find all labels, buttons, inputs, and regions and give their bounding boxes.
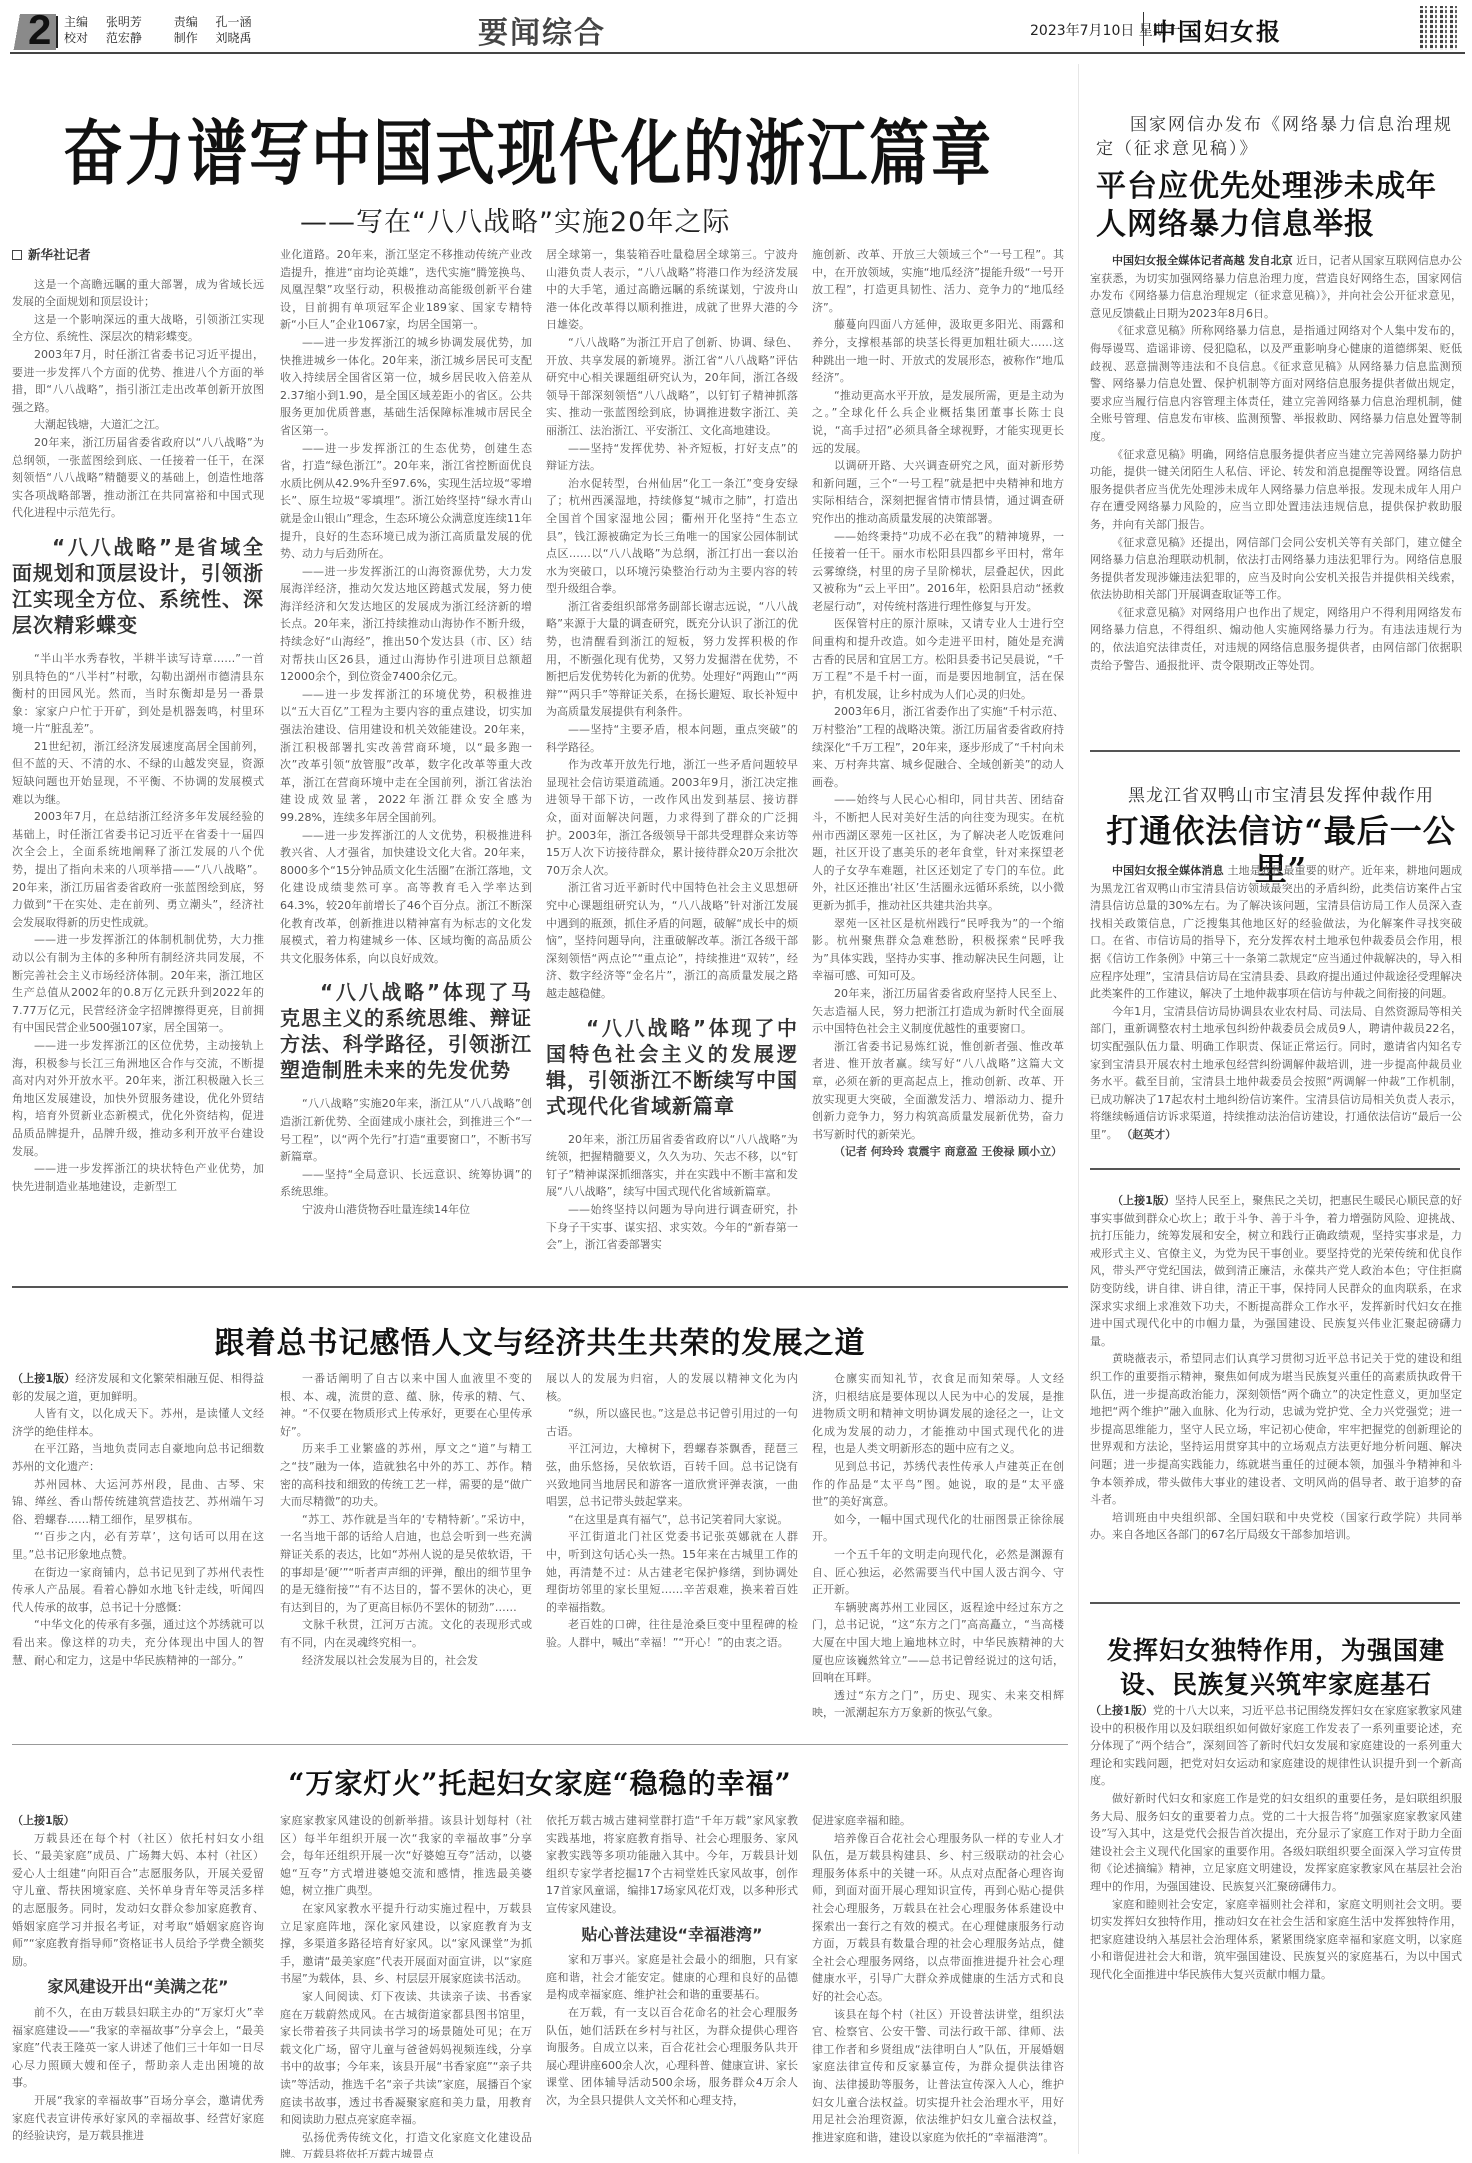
paragraph: 在万载，有一支以百合花命名的社会心理服务队伍，她们活跃在乡村与社区，为群众提供心… — [546, 2004, 798, 2110]
section-subhead: “八八战略”体现了马克思主义的系统思维、辩证方法、科学路径，引领浙江塑造制胜未来… — [280, 979, 532, 1083]
section-title: 要闻综合 — [478, 8, 606, 52]
editor-name: 刘晓禹 — [216, 31, 252, 45]
paragraph: 20年来，浙江历届省委省政府坚持人民至上、矢志造福人民，努力把浙江打造成为新时代… — [812, 985, 1064, 1038]
paragraph: 以调研开路、大兴调查研究之风，面对新形势和新问题，三个“一号工程”就是把中央精神… — [812, 457, 1064, 527]
column-divider — [1078, 64, 1079, 2154]
paragraph: 《征求意见稿》对网络用户也作出了规定，网络用户不得利用网络发布网络暴力信息，不得… — [1090, 604, 1462, 674]
paragraph: “推动更高水平开放，是发展所需，更是主动为之。”全球化仟么兵企业概括集团董事长陈… — [812, 387, 1064, 457]
masthead-rule — [10, 52, 1465, 54]
culture-column-1: （上接1版）经济发展和文化繁荣相融互促、相得益彰的发展之道，更加鲜明。 人皆有文… — [12, 1370, 264, 1740]
family-column-3: 依托万载古城古建祠堂群打造“千年万载”家风家教实践基地，将家庭教育指导、社会心理… — [546, 1812, 798, 2158]
lead-column-3: 居全球第一，集装箱吞吐量稳居全球第三。宁波舟山港负责人表示，“八八战略”将港口作… — [546, 246, 798, 1262]
lead-column-4: 施创新、改革、开放三大领域三个“一号工程”。其中，在开放领域，实施“地瓜经济”提… — [812, 246, 1064, 1262]
paragraph: 在街边一家商铺内，总书记见到了苏州代表性传承人产品展。看着心静如水地飞针走线，听… — [12, 1564, 264, 1617]
lead-column-2: 业化道路。20年来，浙江坚定不移推动传统产业改造提升，推进“亩均论英雄”，迭代实… — [280, 246, 532, 1262]
paragraph: “‘百步之内，必有芳草’，这句话可以用在这里。”总书记形象地点赞。 — [12, 1528, 264, 1563]
culture-column-2: 一番话阐明了自古以来中国人血液里不变的根、本、魂，流贯的意、蕴、脉，传承的精、气… — [280, 1370, 532, 1740]
section-divider — [1090, 1168, 1460, 1170]
editor-name: 张明芳 — [106, 15, 142, 29]
paragraph: 黄晓薇表示，希望同志们认真学习贯彻习近平总书记关于党的建设和组织工作的重要指示精… — [1090, 1350, 1462, 1508]
paragraph: ——始终坚持以问题为导向进行调查研究，扑下身子干实事、谋实招、求实效。今年的“新… — [546, 1201, 798, 1254]
paragraph: “纵，所以盛民也。”这是总书记曾引用过的一句古语。 — [546, 1405, 798, 1440]
editor-name: 孔一涵 — [216, 15, 252, 29]
paragraph: 老百姓的口碑，往往是沧桑巨变中里程碑的检验。人群中，喊出“幸福！”“开心！”的由… — [546, 1616, 798, 1651]
paragraph: “八八战略”为浙江开启了创新、协调、绿色、开放、共享发展的新境界。浙江省“八八战… — [546, 334, 798, 440]
paragraph: 浙江省习近平新时代中国特色社会主义思想研究中心课题组研究认为，“八八战略”针对浙… — [546, 879, 798, 1002]
dateline: 中国妇女报全媒体消息 — [1112, 864, 1224, 877]
paragraph: 展以人的发展为归宿，人的发展以精神文化为内核。 — [546, 1370, 798, 1405]
paragraph: 在平江路，当地负责同志自豪地向总书记细数苏州的文化遗产： — [12, 1440, 264, 1475]
paragraph: 家和万事兴。家庭是社会最小的细胞，只有家庭和谐，社会才能安定。健康的心理和良好的… — [546, 1951, 798, 2004]
paragraph: 万载县还在每个村（社区）依托村妇女小组长、“最美家庭”成员、广场舞大妈、本村（社… — [12, 1830, 264, 1971]
paragraph: 促进家庭幸福和睦。 — [812, 1812, 1064, 1830]
family-column-4: 促进家庭幸福和睦。 培养像百合花社会心理服务队一样的专业人才队伍，是万载县构建县… — [812, 1812, 1064, 2158]
paragraph: “中华文化的传承有多强，通过这个苏绣就可以看出来。像这样的功夫，充分体现出中国人… — [12, 1616, 264, 1669]
lead-column-1: 新华社记者 这是一个高瞻远瞩的重大部署，成为省域长远发展的全面规划和顶层设计； … — [12, 246, 264, 1262]
paragraph: 《征求意见稿》所称网络暴力信息，是指通过网络对个人集中发布的，侮辱谩骂、造谣诽谤… — [1090, 322, 1462, 445]
paragraph: ——进一步发挥浙江的城乡协调发展优势，加快推进城乡一体化。20年来，浙江城乡居民… — [280, 334, 532, 440]
paragraph: ——进一步发挥浙江的环境优势，积极推进以“五大百亿”工程为主要内容的重点建设，切… — [280, 686, 532, 827]
paragraph: 培训班由中央组织部、全国妇联和中央党校（国家行政学院）共同举办。来自各地区各部门… — [1090, 1509, 1462, 1544]
lead-subtitle: ——写在“八八战略”实施20年之际 — [300, 200, 730, 239]
paragraph: 作为改革开放先行地，浙江一些矛盾问题较早显现社会信访渠道疏通。2003年9月，浙… — [546, 756, 798, 879]
paragraph: 《征求意见稿》明确，网络信息服务提供者应当建立完善网络暴力防护功能，提供一键关闭… — [1090, 446, 1462, 534]
section-divider — [1090, 750, 1460, 752]
right-mid-body: 中国妇女报全媒体消息 土地是农民最重要的财产。近年来，耕地问题成为黑龙江省双鸭山… — [1090, 862, 1462, 1152]
editor-name: 范宏静 — [106, 31, 142, 45]
paragraph: ——始终秉持“功成不必在我”的精神境界，一任接着一任干。丽水市松阳县四都乡平田村… — [812, 528, 1064, 616]
paragraph: 苏州园林、大运河苏州段，昆曲、古琴、宋锦、缂丝、香山帮传统建筑营造技艺、苏州端午… — [12, 1476, 264, 1529]
paragraph: 平江河边，大樟树下，碧螺春茶飘香，琵琶三弦，曲乐悠扬，吴依软语，百转千回。总书记… — [546, 1440, 798, 1510]
paragraph: 藤蔓向四面八方延伸，汲取更多阳光、雨露和养分，支撑根基部的块茎长得更加粗壮硕大…… — [812, 316, 1064, 386]
paragraph: 弘扬优秀传统文化，打造文化家庭文化建设品牌。万载县将依托万载古城景点 — [280, 2129, 532, 2158]
paragraph: 《征求意见稿》还提出，网信部门会同公安机关等有关部门，建立健全网络暴力信息治理联… — [1090, 534, 1462, 604]
paragraph: ——坚持“主要矛盾，根本问题，重点突破”的科学路径。 — [546, 721, 798, 756]
editor-role: 责编 — [174, 15, 198, 29]
paragraph: 车辆驶离苏州工业园区，返程途中经过东方之门，总书记说，“这“东方之门”高高矗立，… — [812, 1599, 1064, 1687]
paragraph: 依托万载古城古建祠堂群打造“千年万载”家风家教实践基地，将家庭教育指导、社会心理… — [546, 1812, 798, 1918]
section-subhead: “八八战略”体现了中国特色社会主义的发展逻辑，引领浙江不断续写中国式现代化省域新… — [546, 1015, 798, 1119]
paragraph: “半山半水秀春牧，半耕半读写诗章……”一首别具特色的“八半村”村歌，勾勒出湖州市… — [12, 650, 264, 738]
family-column-2: 家庭家教家风建设的创新举措。该县计划每村（社区）每半年组织开展一次“我家的幸福故… — [280, 1812, 532, 2158]
right-top-headline: 平台应优先处理涉未成年人网络暴力信息举报 — [1096, 168, 1466, 244]
paragraph: 家人间阅读、灯下夜读、共读亲子读、书香家庭在万载蔚然成风。在古城街道家都县图书馆… — [280, 1988, 532, 2129]
paragraph: 翠苑一区社区是杭州践行“民呼我为”的一个缩影。杭州聚焦群众急难愁盼，积极探索“民… — [812, 915, 1064, 985]
paragraph: ——进一步发挥浙江的体制机制优势，大力推动以公有制为主体的多种所有制经济共同发展… — [12, 931, 264, 1037]
dateline: 中国妇女报全媒体记者高越 发自北京 — [1112, 254, 1293, 267]
right-mid-kicker: 黑龙江省双鸭山市宝清县发挥仲裁作用 — [1096, 784, 1466, 808]
paragraph: “八八战略”实施20年来，浙江从“八八战略”创造浙江新优势、全面建成小康社会，到… — [280, 1095, 532, 1165]
paragraph: “苏工、苏作就是当年的‘专精特新’。”采访中，一名当地干部的话给人启迪，也总会听… — [280, 1511, 532, 1617]
paragraph: 前不久，在由万载县妇联主办的“万家灯火”幸福家庭建设——“我家的幸福故事”分享会… — [12, 2004, 264, 2092]
paragraph: 仓廪实而知礼节，衣食足而知荣辱。人文经济，归根结底是要体现以人民为中心的发展，是… — [812, 1370, 1064, 1458]
continued-from-label: （上接1版） — [1112, 1194, 1175, 1207]
section-subhead: 家风建设开出“美满之花” — [12, 1978, 264, 1996]
paragraph: 治水促转型，台州仙居“化工一条江”变身安绿了；杭州西溪湿地，持续修复“城市之肺”… — [546, 475, 798, 598]
paragraph: 在家风家教水平提升行动实施过程中，万载县立足家庭阵地，深化家风建设，以家庭教育为… — [280, 1900, 532, 1988]
editor-credits: 主编 张明芳 责编 孔一涵 校对 范宏静 制作 刘晓禹 — [64, 14, 280, 46]
paragraph: “在这里是真有福气”，总书记笑着同大家说。 — [546, 1511, 798, 1529]
qr-code-icon — [1420, 6, 1460, 50]
paragraph: 平江街道北门社区党委书记张英娜就在人群中，听到这句话心头一热。15年来在古城里工… — [546, 1528, 798, 1616]
paragraph: 医保管村庄的原汁原味，又请专业人士进行空间重构和提升改造。如今走进平田村，随处是… — [812, 615, 1064, 703]
paragraph: 21世纪初，浙江经济发展速度高居全国前列，但不蓝的天、不清的水、不绿的山越发突显… — [12, 738, 264, 808]
continued-from-label: （上接1版） — [12, 1812, 264, 1830]
paragraph: 浙江省委组织部常务副部长谢志远说，“八八战略”来源于大量的调查研究，既充分认识了… — [546, 598, 798, 721]
paragraph: ——进一步发挥浙江的生态优势，创建生态省，打造“绿色浙江”。20年来，浙江省控断… — [280, 440, 532, 563]
paragraph: 施创新、改革、开放三大领域三个“一号工程”。其中，在开放领域，实施“地瓜经济”提… — [812, 246, 1064, 316]
lead-headline: 奋力谱写中国式现代化的浙江篇章 — [18, 98, 1038, 199]
section-subhead: 贴心普法建设“幸福港湾” — [546, 1926, 798, 1944]
paragraph: ——坚持“全局意识、长远意识、统筹协调”的系统思维。 — [280, 1166, 532, 1201]
reporter-credit: （记者 何玲玲 袁震宇 商意盈 王俊禄 顾小立） — [812, 1143, 1064, 1161]
paragraph: 培养像百合花社会心理服务队一样的专业人才队伍，是万载县构建县、乡、村三级联动的社… — [812, 1830, 1064, 2006]
paragraph-text: 今年1月，宝清县信访局协调县农业农村局、司法局、自然资源局等相关部门，重新调整农… — [1090, 1005, 1462, 1141]
byline-text: 新华社记者 — [28, 247, 91, 262]
paragraph: 2003年7月，时任浙江省委书记习近平提出，要进一步发挥八个方面的优势、推进八个… — [12, 346, 264, 416]
reporter-credit: （赵英才） — [1121, 1128, 1176, 1141]
paragraph: 如今，一幅中国式现代化的壮丽图景正徐徐展开。 — [812, 1511, 1064, 1546]
right-top-body: 中国妇女报全媒体记者高越 发自北京 近日，记者从国家互联网信息办公室获悉，为切实… — [1090, 252, 1462, 742]
newspaper-logo: 中国妇女报 — [1152, 12, 1282, 47]
editor-role: 校对 — [64, 31, 88, 45]
paragraph: 该县在每个村（社区）开设普法讲堂，组织法官、检察官、公安干警、司法行政干部、律师… — [812, 2006, 1064, 2147]
paragraph: 家庭家教家风建设的创新举措。该县计划每村（社区）每半年组织开展一次“我家的幸福故… — [280, 1812, 532, 1900]
paragraph: 人皆有文，以化成天下。苏州，是读懂人文经济学的绝佳样本。 — [12, 1405, 264, 1440]
paragraph: 2003年6月，浙江省委作出了实施“千村示范、万村整治”工程的战略决策。浙江历届… — [812, 703, 1064, 791]
family-column-1: （上接1版） 万载县还在每个村（社区）依托村妇女小组长、“最美家庭”成员、广场舞… — [12, 1812, 264, 2158]
paragraph: 一个五千年的文明走向现代化，必然是渊源有自、匠心独运，必然需要当代中国人汲古润今… — [812, 1546, 1064, 1599]
right-continuation-body: （上接1版）坚持人民至上，聚焦民之关切，把惠民生暖民心顺民意的好事实事做到群众心… — [1090, 1192, 1462, 1562]
paragraph: 开展“我家的幸福故事”百场分享会，邀请优秀家庭代表宣讲传承好家风的幸福故事、经营… — [12, 2092, 264, 2145]
right-bottom-headline: 发挥妇女独特作用，为强国建设、民族复兴筑牢家庭基石 — [1090, 1634, 1462, 1702]
paragraph-text: 坚持人民至上，聚焦民之关切，把惠民生暖民心顺民意的好事实事做到群众心坎上；敢于斗… — [1090, 1194, 1462, 1348]
continued-from-label: （上接1版） — [12, 1372, 75, 1385]
paragraph: 文脉千秋贯，江河万古流。文化的表现形式或有不同，内在灵魂终究相一。 — [280, 1616, 532, 1651]
section-divider — [12, 1286, 1068, 1288]
paragraph: 历来手工业繁盛的苏州，厚文之“道”与精工之“技”融为一体，造就独名中外的苏工、苏… — [280, 1440, 532, 1510]
paragraph: 宁波舟山港货物吞吐量连续14年位 — [280, 1201, 532, 1219]
paragraph: 20年来，浙江历届省委省政府以“八八战略”为统领，把握精髓要义，久久为功、矢志不… — [546, 1131, 798, 1201]
paragraph: 做好新时代妇女和家庭工作是党的妇女组织的重要任务，是妇联组织服务大局、服务妇女的… — [1090, 1790, 1462, 1896]
paragraph: ——坚持“发挥优势、补齐短板，打好支点”的辩证方法。 — [546, 440, 798, 475]
paragraph: 这是一个影响深远的重大战略，引领浙江实现全方位、系统性、深层次的精彩蝶变。 — [12, 311, 264, 346]
paragraph: ——进一步发挥浙江的块状特色产业优势，加快先进制造业基地建设，走新型工 — [12, 1160, 264, 1195]
paragraph: 大潮起钱塘，大道汇之江。 — [12, 416, 264, 434]
masthead-divider — [1143, 12, 1144, 46]
editor-role: 主编 — [64, 15, 88, 29]
paragraph: 一番话阐明了自古以来中国人血液里不变的根、本、魂，流贯的意、蕴、脉，传承的精、气… — [280, 1370, 532, 1440]
paragraph: 透过“东方之门”，历史、现实、未来交相辉映，一派潮起东方万象新的恢弘气象。 — [812, 1687, 1064, 1722]
paragraph: 家庭和睦则社会安定，家庭幸福则社会祥和，家庭文明则社会文明。要切实发挥妇女独特作… — [1090, 1896, 1462, 1984]
paragraph: ——进一步发挥浙江的区位优势，主动接轨上海，积极参与长江三角洲地区合作与交流，不… — [12, 1037, 264, 1160]
paragraph: 居全球第一，集装箱吞吐量稳居全球第三。宁波舟山港负责人表示，“八八战略”将港口作… — [546, 246, 798, 334]
paragraph-text: 土地是农民最重要的财产。近年来，耕地问题成为黑龙江省双鸭山市宝清县信访领域最突出… — [1090, 864, 1462, 1000]
section-subhead: “八八战略”是省域全面规划和顶层设计，引领浙江实现全方位、系统性、深层次精彩蝶变 — [12, 534, 264, 638]
right-top-kicker: 国家网信办发布《网络暴力信息治理规定（征求意见稿）》 — [1096, 113, 1466, 161]
paragraph: 见到总书记，苏绣代表性传承人卢建英正在创作的作品是“太平鸟”图。她说，取的是“太… — [812, 1458, 1064, 1511]
culture-column-4: 仓廪实而知礼节，衣食足而知荣辱。人文经济，归根结底是要体现以人民为中心的发展，是… — [812, 1370, 1064, 1740]
masthead: 2 主编 张明芳 责编 孔一涵 校对 范宏静 制作 刘晓禹 要闻综合 2023年… — [0, 0, 1472, 56]
paragraph: 20年来，浙江历届省委省政府以“八八战略”为总纲领，一张蓝图绘到底、一任接着一任… — [12, 434, 264, 522]
paragraph: 业化道路。20年来，浙江坚定不移推动传统产业改造提升，推进“亩均论英雄”，迭代实… — [280, 246, 532, 334]
paragraph: 浙江省委书记易炼红说，惟创新者强、惟改革者进、惟开放者赢。续写好“八八战略”这篇… — [812, 1038, 1064, 1144]
paragraph: 经济发展以社会发展为目的，社会发 — [280, 1652, 532, 1670]
byline-box-icon — [12, 250, 22, 260]
paragraph: 2003年7月，在总结浙江经济多年发展经验的基础上，时任浙江省委书记习近平在省委… — [12, 808, 264, 931]
paragraph: ——进一步发挥浙江的人文优势，积极推进科教兴省、人才强省，加快建设文化大省。20… — [280, 827, 532, 968]
page-number: 2 — [28, 8, 51, 52]
right-bottom-body: （上接1版）党的十八大以来，习近平总书记围绕发挥妇女在家庭家教家风建设中的积极作… — [1090, 1702, 1462, 2154]
section-divider — [12, 1744, 1068, 1745]
masthead-divider — [56, 16, 58, 48]
culture-headline: 跟着总书记感悟人文与经济共生共荣的发展之道 — [12, 1318, 1068, 1362]
family-headline: “万家灯火”托起妇女家庭“稳稳的幸福” — [12, 1762, 1068, 1802]
paragraph: 这是一个高瞻远瞩的重大部署，成为省域长远发展的全面规划和顶层设计； — [12, 276, 264, 311]
paragraph: ——始终与人民心心相印，同甘共苦、团结奋斗，不断把人民对美好生活的向往变为现实。… — [812, 791, 1064, 914]
culture-column-3: 展以人的发展为归宿，人的发展以精神文化为内核。 “纵，所以盛民也。”这是总书记曾… — [546, 1370, 798, 1740]
byline: 新华社记者 — [12, 246, 264, 264]
section-divider — [1090, 1602, 1460, 1604]
editor-role: 制作 — [174, 31, 198, 45]
paragraph: ——进一步发挥浙江的山海资源优势，大力发展海洋经济，推动欠发达地区跨越式发展，努… — [280, 563, 532, 686]
continued-from-label: （上接1版） — [1090, 1704, 1153, 1717]
